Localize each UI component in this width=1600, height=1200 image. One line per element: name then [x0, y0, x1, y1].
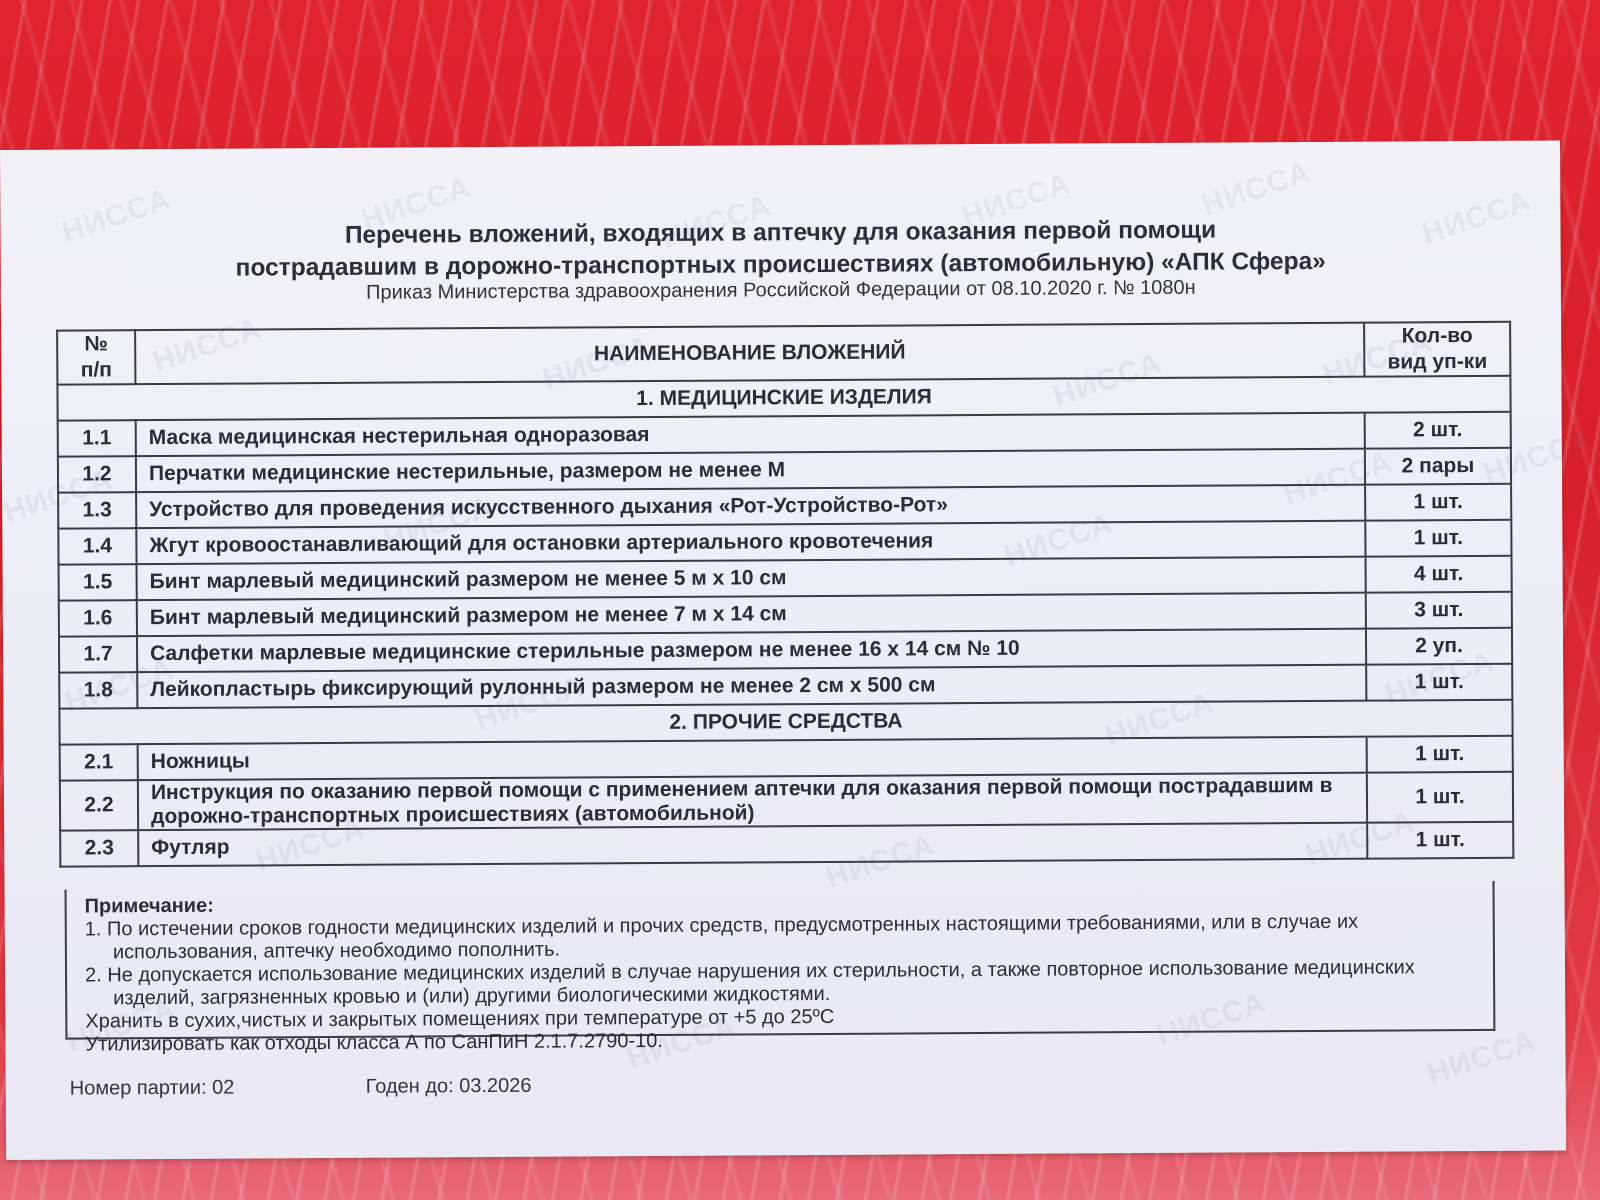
item-number: 1.7	[59, 636, 137, 672]
item-name: Футляр	[138, 823, 1367, 867]
batch-number: Номер партии: 02	[70, 1077, 235, 1101]
item-quantity: 1 шт.	[1366, 664, 1512, 701]
item-quantity: 1 шт.	[1367, 736, 1513, 773]
item-number: 1.1	[58, 420, 136, 456]
document-title: Перечень вложений, входящих в аптечку дл…	[60, 213, 1500, 286]
header-number: № п/п	[57, 330, 135, 384]
item-quantity: 3 шт.	[1366, 592, 1512, 629]
item-number: 1.8	[59, 672, 137, 708]
item-number: 1.2	[58, 456, 136, 492]
table-row: 2.3Футляр1 шт.	[60, 822, 1513, 867]
table-body: 1. МЕДИЦИНСКИЕ ИЗДЕЛИЯ1.1Маска медицинск…	[57, 376, 1513, 867]
item-number: 1.3	[58, 492, 136, 528]
item-quantity: 1 шт.	[1365, 520, 1511, 557]
contents-label: НИССАНИССАНИССАНИССАНИССАНИССАНИССАНИССА…	[0, 140, 1566, 1160]
item-number: 2.1	[60, 744, 138, 780]
notes-block: Примечание: 1. По истечении сроков годно…	[65, 881, 1496, 1040]
watermark-logo: НИССА	[1198, 155, 1315, 223]
watermark-layer: НИССАНИССАНИССАНИССАНИССАНИССАНИССАНИССА…	[0, 140, 1560, 150]
item-quantity: 1 шт.	[1365, 484, 1511, 521]
expiry-date: Годен до: 03.2026	[366, 1075, 532, 1099]
item-quantity: 2 шт.	[1365, 412, 1511, 449]
table-header-row: № п/п НАИМЕНОВАНИЕ ВЛОЖЕНИЙ Кол-во вид у…	[57, 322, 1510, 385]
item-quantity: 2 пары	[1365, 448, 1511, 485]
item-number: 2.3	[60, 830, 138, 866]
table-row: 2.2Инструкция по оказанию первой помощи …	[60, 772, 1513, 831]
item-name: Инструкция по оказанию первой помощи с п…	[138, 773, 1367, 831]
item-number: 1.5	[59, 564, 137, 600]
item-quantity: 2 уп.	[1366, 628, 1512, 665]
item-quantity: 1 шт.	[1367, 822, 1513, 859]
item-number: 2.2	[60, 780, 138, 830]
item-number: 1.4	[58, 528, 136, 564]
header-quantity: Кол-во вид уп-ки	[1364, 322, 1510, 377]
contents-table: № п/п НАИМЕНОВАНИЕ ВЛОЖЕНИЙ Кол-во вид у…	[56, 321, 1514, 868]
header-name: НАИМЕНОВАНИЕ ВЛОЖЕНИЙ	[135, 323, 1364, 385]
item-number: 1.6	[59, 600, 137, 636]
item-quantity: 1 шт.	[1367, 772, 1513, 823]
item-quantity: 4 шт.	[1366, 556, 1512, 593]
